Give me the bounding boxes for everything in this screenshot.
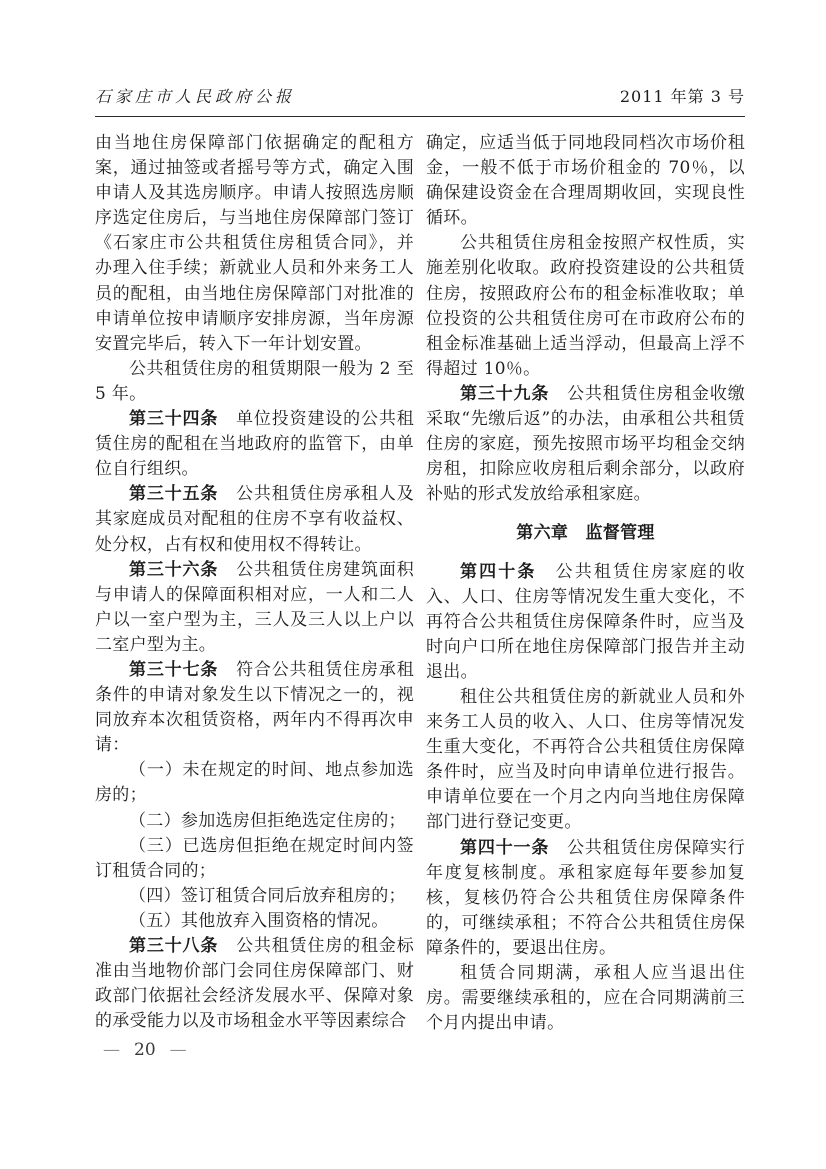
article-paragraph: 第四十条 公共租赁住房家庭的收入、人口、住房等情况发生重大变化，不再符合公共租赁… bbox=[426, 560, 745, 685]
paragraph: 公共租赁住房租金按照产权性质，实施差别化收取。政府投资建设的公共租赁住房，按照政… bbox=[426, 231, 745, 382]
paragraph: （二）参加选房但拒绝选定住房的； bbox=[95, 809, 414, 834]
page-footer: —20— bbox=[103, 1040, 187, 1060]
article-number: 第三十七条 bbox=[129, 660, 218, 680]
paragraph: （三）已选房但拒绝在规定时间内签订租赁合同的； bbox=[95, 834, 414, 884]
article-number: 第三十八条 bbox=[129, 936, 218, 956]
article-number: 第四十条 bbox=[460, 562, 536, 582]
issue-label: 2011 年第 3 号 bbox=[620, 84, 745, 107]
article-paragraph: 第三十七条 符合公共租赁住房承租条件的申请对象发生以下情况之一的，视同放弃本次租… bbox=[95, 658, 414, 758]
gazette-page: 石家庄市人民政府公报 2011 年第 3 号 由当地住房保障部门依据确定的配租方… bbox=[0, 0, 826, 1169]
page-header: 石家庄市人民政府公报 2011 年第 3 号 bbox=[95, 84, 745, 117]
paragraph: 由当地住房保障部门依据确定的配租方案，通过抽签或者摇号等方式，确定入围申请人及其… bbox=[95, 131, 414, 357]
paragraph: （五）其他放弃入围资格的情况。 bbox=[95, 909, 414, 934]
gazette-title: 石家庄市人民政府公报 bbox=[95, 84, 295, 107]
article-paragraph: 第三十五条 公共租赁住房承租人及其家庭成员对配租的住房不享有收益权、处分权，占有… bbox=[95, 482, 414, 557]
article-number: 第三十四条 bbox=[129, 409, 218, 429]
article-number: 第三十五条 bbox=[129, 484, 218, 504]
paragraph: 公共租赁住房的租赁期限一般为 2 至 5 年。 bbox=[95, 357, 414, 407]
article-number: 第四十一条 bbox=[460, 838, 549, 858]
article-number: 第三十六条 bbox=[129, 560, 218, 580]
paragraph: （四）签订租赁合同后放弃租房的； bbox=[95, 884, 414, 909]
right-column: 确定，应适当低于同地段同档次市场价租金，一般不低于市场价租金的 70％，以确保建… bbox=[426, 131, 745, 1036]
document-body: 由当地住房保障部门依据确定的配租方案，通过抽签或者摇号等方式，确定入围申请人及其… bbox=[95, 131, 745, 1036]
page-number: 20 bbox=[134, 1040, 156, 1060]
footer-dash-right: — bbox=[170, 1040, 187, 1060]
footer-dash-left: — bbox=[103, 1040, 120, 1060]
article-paragraph: 第四十一条 公共租赁住房保障实行年度复核制度。承租家庭每年要参加复核，复核仍符合… bbox=[426, 836, 745, 961]
paragraph: 确定，应适当低于同地段同档次市场价租金，一般不低于市场价租金的 70％，以确保建… bbox=[426, 131, 745, 231]
paragraph: 租赁合同期满，承租人应当退出住房。需要继续承租的，应在合同期满前三个月内提出申请… bbox=[426, 961, 745, 1036]
paragraph: 租住公共租赁住房的新就业人员和外来务工人员的收入、人口、住房等情况发生重大变化，… bbox=[426, 685, 745, 836]
article-paragraph: 第三十四条 单位投资建设的公共租赁住房的配租在当地政府的监管下，由单位自行组织。 bbox=[95, 407, 414, 482]
article-paragraph: 第三十六条 公共租赁住房建筑面积与申请人的保障面积相对应，一人和二人户以一室户型… bbox=[95, 558, 414, 658]
article-paragraph: 第三十八条 公共租赁住房的租金标准由当地物价部门会同住房保障部门、财政部门依据社… bbox=[95, 934, 414, 1034]
paragraph: （一）未在规定的时间、地点参加选房的； bbox=[95, 758, 414, 808]
left-column: 由当地住房保障部门依据确定的配租方案，通过抽签或者摇号等方式，确定入围申请人及其… bbox=[95, 131, 414, 1036]
article-paragraph: 第三十九条 公共租赁住房租金收缴采取“先缴后返”的办法，由承租公共租赁住房的家庭… bbox=[426, 382, 745, 507]
chapter-heading: 第六章 监督管理 bbox=[426, 521, 745, 546]
article-number: 第三十九条 bbox=[460, 384, 549, 404]
